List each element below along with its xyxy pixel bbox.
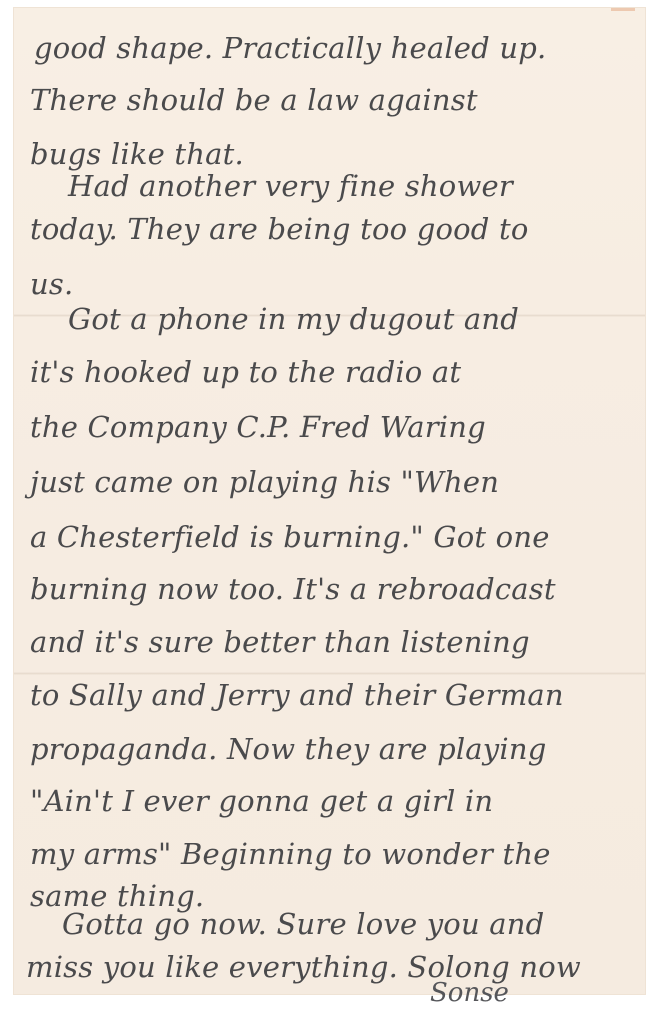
letter-line: my arms" Beginning to wonder the xyxy=(30,840,551,869)
letter-line: to Sally and Jerry and their German xyxy=(30,681,564,710)
letter-line: us. xyxy=(30,270,73,299)
letter-line: and it's sure better than listening xyxy=(30,628,530,657)
letter-line: Had another very fine shower xyxy=(68,172,513,201)
letter-line: it's hooked up to the radio at xyxy=(30,358,461,387)
letter-line: There should be a law against xyxy=(30,86,478,115)
letter-line: propaganda. Now they are playing xyxy=(30,735,547,764)
letter-line: Got a phone in my dugout and xyxy=(68,305,519,334)
letter-line: today. They are being too good to xyxy=(30,215,528,244)
letter-line: Gotta go now. Sure love you and xyxy=(62,910,544,939)
letter-line: the Company C.P. Fred Waring xyxy=(30,413,486,442)
signature: Sonse xyxy=(430,978,509,1008)
paper-stain xyxy=(611,8,635,11)
letter-line: just came on playing his "When xyxy=(30,468,499,497)
letter-line: bugs like that. xyxy=(30,140,244,169)
letter-line: "Ain't I ever gonna get a girl in xyxy=(30,787,493,816)
letter-line: a Chesterfield is burning." Got one xyxy=(30,523,550,552)
letter-line: good shape. Practically healed up. xyxy=(34,34,546,63)
letter-line: burning now too. It's a rebroadcast xyxy=(30,575,556,604)
fold-crease xyxy=(14,672,645,675)
